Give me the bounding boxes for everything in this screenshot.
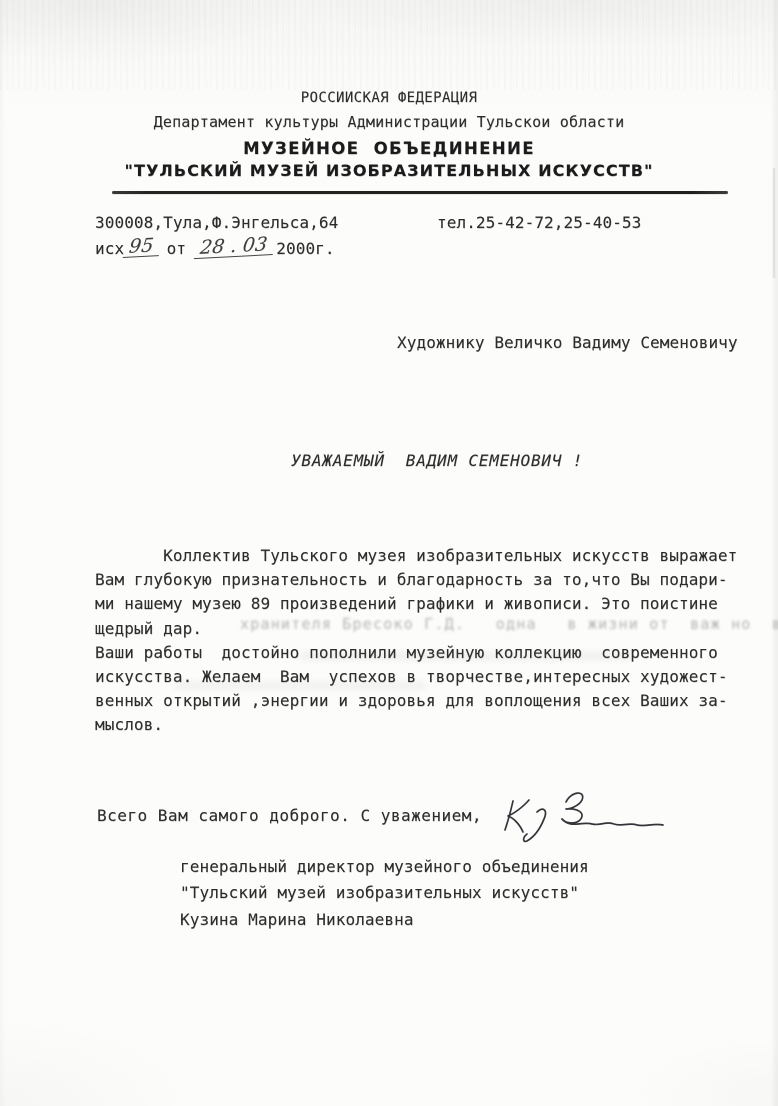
body-line: Вам глубокую признательность и благодарн… — [95, 568, 745, 592]
reference-prefix: исх — [95, 239, 124, 258]
scan-edge-artifact — [773, 168, 775, 278]
body-line: венных открытий ,энергии и здоровья для … — [95, 689, 745, 713]
reference-number-handwritten: 95 — [123, 236, 162, 258]
scanned-letter-page: РОССИИСКАЯ ФЕДЕРАЦИЯ Департамент культур… — [0, 0, 778, 1106]
body-line: Ваши работы достойно пополнили музейную … — [95, 641, 745, 665]
signoff-block: генеральный директор музейного объединен… — [180, 854, 589, 933]
addressee: Художнику Величко Вадиму Семеновичу — [397, 333, 738, 352]
reference-line: исх95от28 . 032000г. — [95, 239, 335, 259]
body-line: искусства. Желаем Вам успехов в творчест… — [95, 665, 745, 689]
reference-from-label: от — [167, 239, 186, 258]
letterhead-department: Департамент культуры Администрации Тульс… — [0, 113, 778, 131]
handwritten-signature — [498, 779, 676, 845]
letter-body: Коллектив Тульского музея изобразительны… — [95, 544, 745, 738]
signoff-name: Кузина Марина Николаевна — [180, 907, 589, 933]
body-line: мыслов. — [95, 713, 745, 737]
body-line: ми нашему музею 89 произведений графики … — [95, 592, 745, 616]
body-line: Коллектив Тульского музея изобразительны… — [95, 544, 745, 568]
letterhead-divider — [112, 191, 728, 194]
org-address: 300008,Тула,Ф.Энгельса,64 — [95, 213, 338, 232]
reference-year: 2000г. — [276, 239, 334, 258]
letterhead-org-type: МУЗЕЙНОЕ ОБЪЕДИНЕНИЕ — [0, 139, 778, 158]
letterhead-org-name: "ТУЛЬСКИЙ МУЗЕЙ ИЗОБРАЗИТЕЛЬНЫХ ИСКУССТВ… — [0, 161, 778, 180]
reference-date-handwritten: 28 . 03 — [194, 235, 276, 259]
bleedthrough-ghost-text: хранителя Бресоко Г.Д. одна в жизни от в… — [240, 615, 778, 633]
salutation: УВАЖАЕМЫЙ ВАДИМ СЕМЕНОВИЧ ! — [291, 451, 583, 470]
scan-noise-texture — [0, 0, 778, 90]
org-phone: тел.25-42-72,25-40-53 — [437, 213, 641, 232]
letterhead-country: РОССИИСКАЯ ФЕДЕРАЦИЯ — [0, 90, 778, 106]
closing-phrase: Всего Вам самого доброго. С уважением, — [97, 806, 482, 825]
signoff-org: "Тульский музей изобразительных искусств… — [180, 880, 589, 906]
signoff-title: генеральный директор музейного объединен… — [180, 854, 589, 880]
